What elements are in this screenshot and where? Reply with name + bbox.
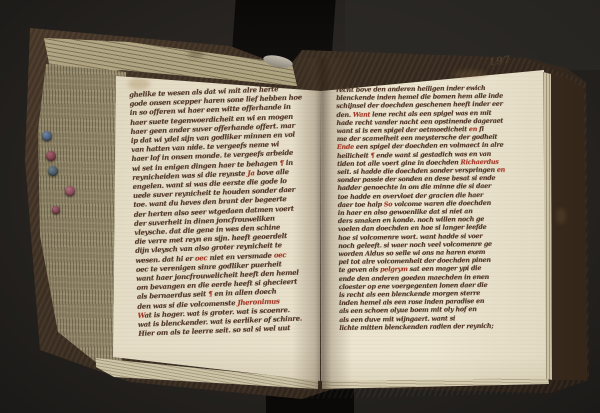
edge-stain bbox=[188, 50, 204, 58]
manuscript-text-right: recht bove den anderen heiligen inder ew… bbox=[336, 83, 547, 332]
bookmark-bead bbox=[46, 151, 56, 161]
bookmark-bead bbox=[42, 131, 52, 141]
photograph: 197 ghelike te wesen als dat wi mit alre… bbox=[0, 0, 600, 413]
bookmark-bead bbox=[65, 186, 75, 196]
paper-stain bbox=[452, 70, 486, 79]
manuscript-text-left: ghelike te wesen als dat wi mit alre her… bbox=[129, 84, 321, 339]
paper-stain bbox=[128, 78, 150, 90]
bookmark-bead bbox=[48, 166, 58, 176]
paper-stain bbox=[556, 208, 566, 224]
bookmark-bead bbox=[52, 206, 60, 214]
